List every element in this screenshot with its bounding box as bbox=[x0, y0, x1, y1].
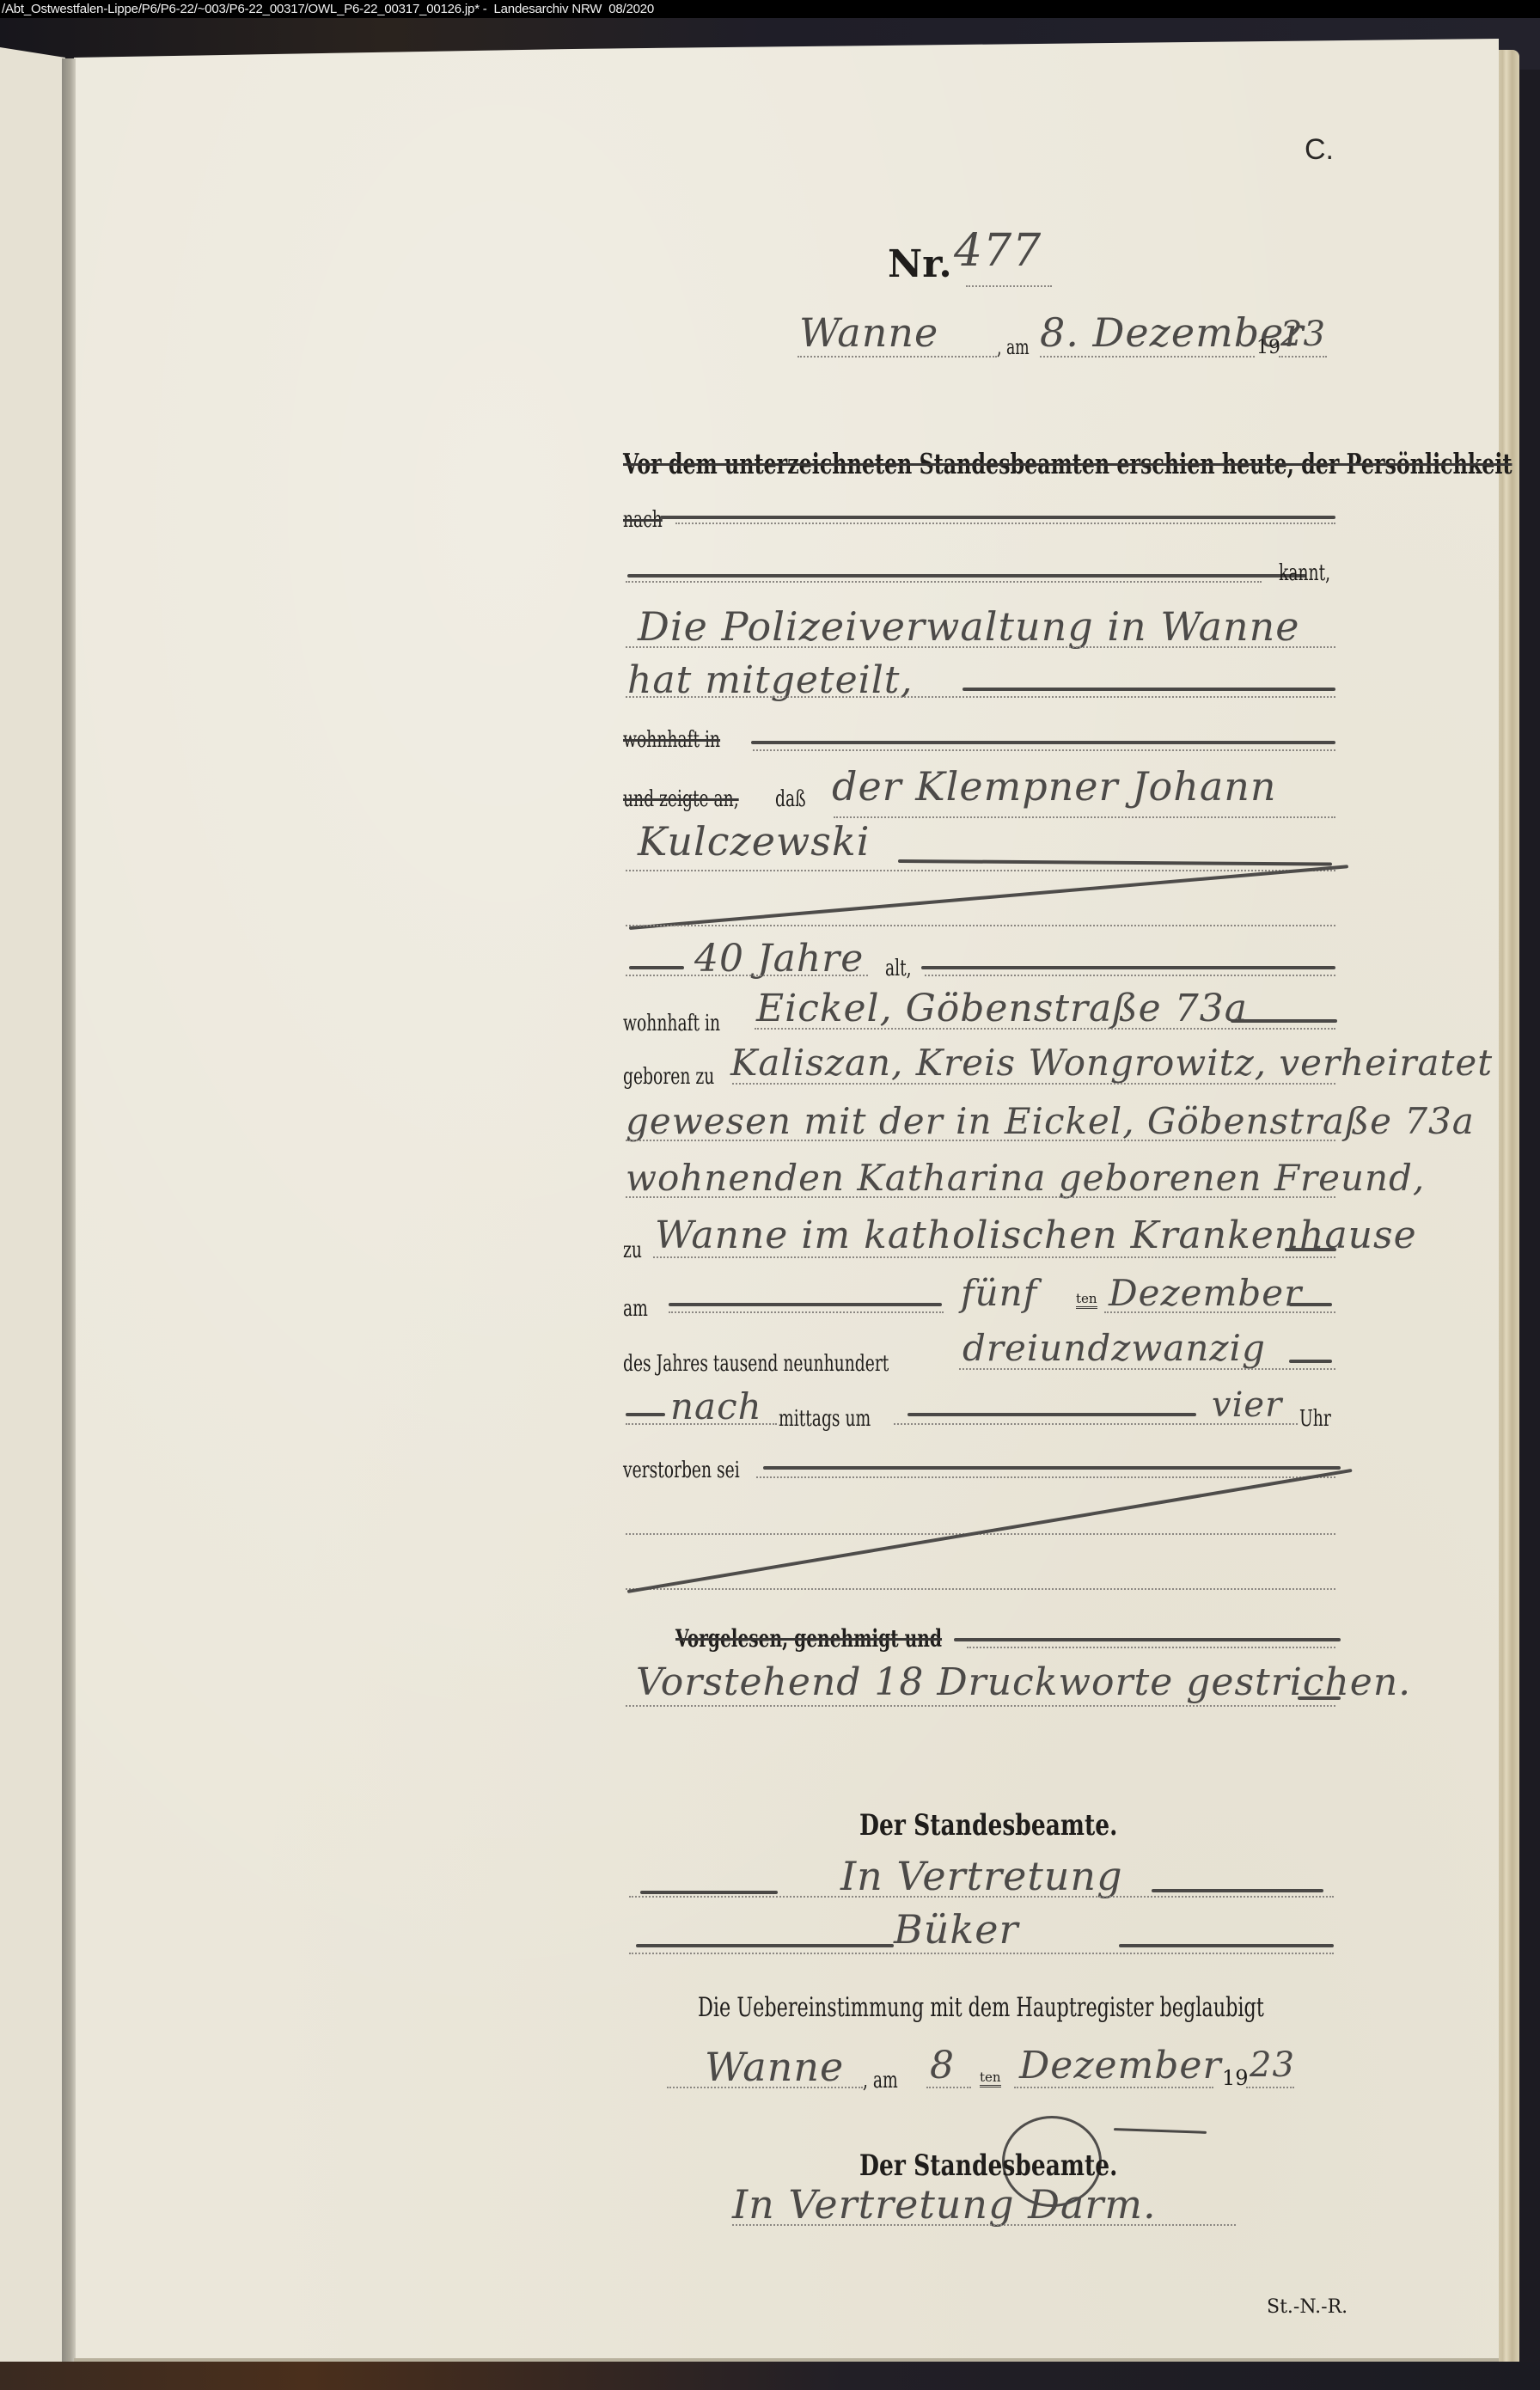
signature-line bbox=[629, 1953, 1334, 1954]
header-year-line bbox=[1279, 356, 1327, 358]
book-gutter-shadow bbox=[62, 58, 76, 2362]
certification-year-prefix: 19 bbox=[1222, 2066, 1249, 2090]
certification-month: Dezember bbox=[1019, 2044, 1222, 2087]
strike-line bbox=[636, 1944, 894, 1947]
header-date-line bbox=[1040, 356, 1255, 358]
strike-line bbox=[1152, 1889, 1323, 1892]
strike-line bbox=[1119, 1944, 1334, 1947]
form-line bbox=[626, 975, 868, 976]
handwritten-residence: Eickel, Göbenstraße 73a bbox=[756, 987, 1248, 1030]
form-label-und-zeigte-struck: und zeigte an, bbox=[623, 786, 739, 812]
signature-1-in-vertretung: In Vertretung bbox=[840, 1853, 1123, 1899]
header-place-line bbox=[797, 356, 997, 358]
form-label-zu: zu bbox=[623, 1238, 642, 1263]
form-label-uhr: Uhr bbox=[1299, 1406, 1331, 1432]
form-label-wohnhaft: wohnhaft in bbox=[623, 1011, 720, 1036]
form-line bbox=[626, 870, 1335, 871]
signature-1-title: Der Standesbeamte. bbox=[859, 1808, 1117, 1843]
window-title-bar: /Abt_Ostwestfalen-Lippe/P6/P6-22/~003/P6… bbox=[0, 0, 1540, 18]
header-year-prefix: 19 bbox=[1256, 337, 1280, 358]
strike-line bbox=[669, 1303, 942, 1306]
strike-line bbox=[763, 1466, 1341, 1470]
handwritten-deceased-occupation-name: der Klempner Johann bbox=[832, 763, 1277, 810]
strike-line bbox=[1289, 1303, 1332, 1306]
form-label-mittags: mittags um bbox=[779, 1406, 871, 1432]
certification-place-line bbox=[667, 2087, 863, 2088]
form-line bbox=[1104, 1311, 1335, 1313]
handwritten-deceased-surname: Kulczewski bbox=[638, 818, 870, 865]
handwritten-birthplace: Kaliszan, Kreis Wongrowitz, verheiratet bbox=[730, 1042, 1493, 1084]
handwritten-correction-note: Vorstehend 18 Druckworte gestrichen. bbox=[636, 1660, 1411, 1704]
handwritten-death-month: Dezember bbox=[1109, 1272, 1302, 1314]
signature-line bbox=[732, 2224, 1236, 2226]
strike-line bbox=[1298, 1696, 1341, 1700]
certification-year-suffix: 23 bbox=[1250, 2045, 1295, 2085]
certification-day: 8 bbox=[930, 2044, 955, 2087]
form-line bbox=[626, 696, 1335, 698]
form-line bbox=[834, 816, 1335, 818]
handwritten-hour: vier bbox=[1212, 1385, 1282, 1425]
form-line bbox=[925, 975, 1335, 976]
record-number-value: 477 bbox=[954, 225, 1042, 277]
signature-2-title: Der Standesbeamte. bbox=[859, 2149, 1117, 2183]
form-label-kannt: kannt, bbox=[1279, 560, 1330, 586]
form-label-verstorben: verstorben sei bbox=[623, 1458, 740, 1483]
window-title: /Abt_Ostwestfalen-Lippe/P6/P6-22/~003/P6… bbox=[2, 2, 654, 16]
strike-line bbox=[629, 966, 684, 969]
certification-year-line bbox=[1246, 2087, 1294, 2088]
certification-place: Wanne bbox=[705, 2044, 844, 2090]
form-line bbox=[755, 1028, 1335, 1030]
certification-month-line bbox=[1014, 2087, 1213, 2088]
page-bottom-edge bbox=[74, 2358, 1499, 2362]
form-line bbox=[626, 1196, 1335, 1198]
header-am-label: , am bbox=[997, 335, 1030, 359]
certification-text: Die Uebereinstimmung mit dem Hauptregist… bbox=[698, 1992, 1264, 2023]
certification-ordinal-suffix: ten bbox=[980, 2069, 1001, 2087]
strike-line bbox=[962, 688, 1335, 691]
background-bottom bbox=[0, 2362, 1540, 2390]
signature-2-handwritten: In Vertretung Darm. bbox=[732, 2181, 1157, 2228]
corner-mark: C. bbox=[1305, 133, 1334, 167]
strike-line bbox=[626, 1413, 665, 1416]
form-line bbox=[626, 925, 1335, 926]
handwritten-death-day: fünf bbox=[961, 1272, 1037, 1314]
strike-line bbox=[627, 574, 1306, 578]
form-line bbox=[669, 1311, 944, 1313]
form-line bbox=[626, 1705, 1335, 1707]
handwritten-informant: Die Polizeiverwaltung in Wanne bbox=[638, 603, 1299, 650]
form-line bbox=[653, 1256, 1335, 1258]
form-line bbox=[626, 1423, 777, 1425]
handwritten-nach-prefix: nach bbox=[670, 1385, 762, 1427]
form-label-jahres: des Jahres tausend neunhundert bbox=[623, 1351, 889, 1377]
strike-line bbox=[660, 516, 1335, 519]
signature-line bbox=[629, 1896, 1334, 1898]
record-number-line bbox=[966, 285, 1052, 287]
record-number-label: Nr. bbox=[888, 242, 952, 286]
form-line-nach bbox=[675, 523, 1335, 524]
form-label-am: am bbox=[623, 1296, 648, 1322]
form-line bbox=[626, 1588, 1335, 1590]
form-label-dass: daß bbox=[775, 786, 806, 812]
strike-line bbox=[640, 1891, 778, 1894]
form-line-kannt bbox=[626, 581, 1262, 583]
certification-am-label: , am bbox=[863, 2068, 898, 2094]
form-code: St.-N.-R. bbox=[1267, 2296, 1347, 2318]
strike-line bbox=[954, 1638, 1341, 1641]
certification-day-line bbox=[926, 2087, 971, 2088]
form-line bbox=[967, 1647, 1335, 1648]
form-line-vor-struck: Vor dem unterzeichneten Standesbeamten e… bbox=[623, 447, 1512, 480]
form-line bbox=[756, 1476, 1335, 1478]
strike-line bbox=[907, 1413, 1196, 1416]
strike-line bbox=[1285, 1248, 1336, 1251]
form-line bbox=[626, 646, 1335, 648]
previous-page-edge bbox=[0, 47, 65, 2362]
strike-line bbox=[1289, 1360, 1332, 1363]
form-line bbox=[959, 1368, 1335, 1370]
form-label-vorgelesen-struck: Vorgelesen, genehmigt und bbox=[675, 1624, 942, 1653]
form-label-nach-struck: nach bbox=[623, 507, 663, 533]
handwritten-death-year: dreiundzwanzig bbox=[962, 1327, 1266, 1369]
form-label-geboren: geboren zu bbox=[623, 1064, 714, 1090]
page-stack-edge bbox=[1495, 50, 1519, 2362]
handwritten-married-line-1: gewesen mit der in Eickel, Göbenstraße 7… bbox=[626, 1100, 1475, 1142]
strike-line bbox=[751, 741, 1335, 744]
form-line bbox=[753, 749, 1335, 751]
strike-line bbox=[921, 966, 1335, 969]
form-line bbox=[626, 1140, 1335, 1141]
form-label-alt: alt, bbox=[885, 956, 912, 981]
handwritten-married-line-2: wohnenden Katharina geborenen Freund, bbox=[626, 1157, 1425, 1199]
header-place: Wanne bbox=[799, 309, 938, 356]
strike-line bbox=[1231, 1019, 1337, 1023]
signature-1-name: Büker bbox=[894, 1906, 1019, 1953]
ordinal-suffix-ten: ten bbox=[1076, 1291, 1097, 1309]
form-label-wohnhaft-struck: wohnhaft in bbox=[623, 727, 720, 753]
form-line bbox=[732, 1083, 1335, 1085]
header-year-suffix: 23 bbox=[1280, 315, 1326, 354]
